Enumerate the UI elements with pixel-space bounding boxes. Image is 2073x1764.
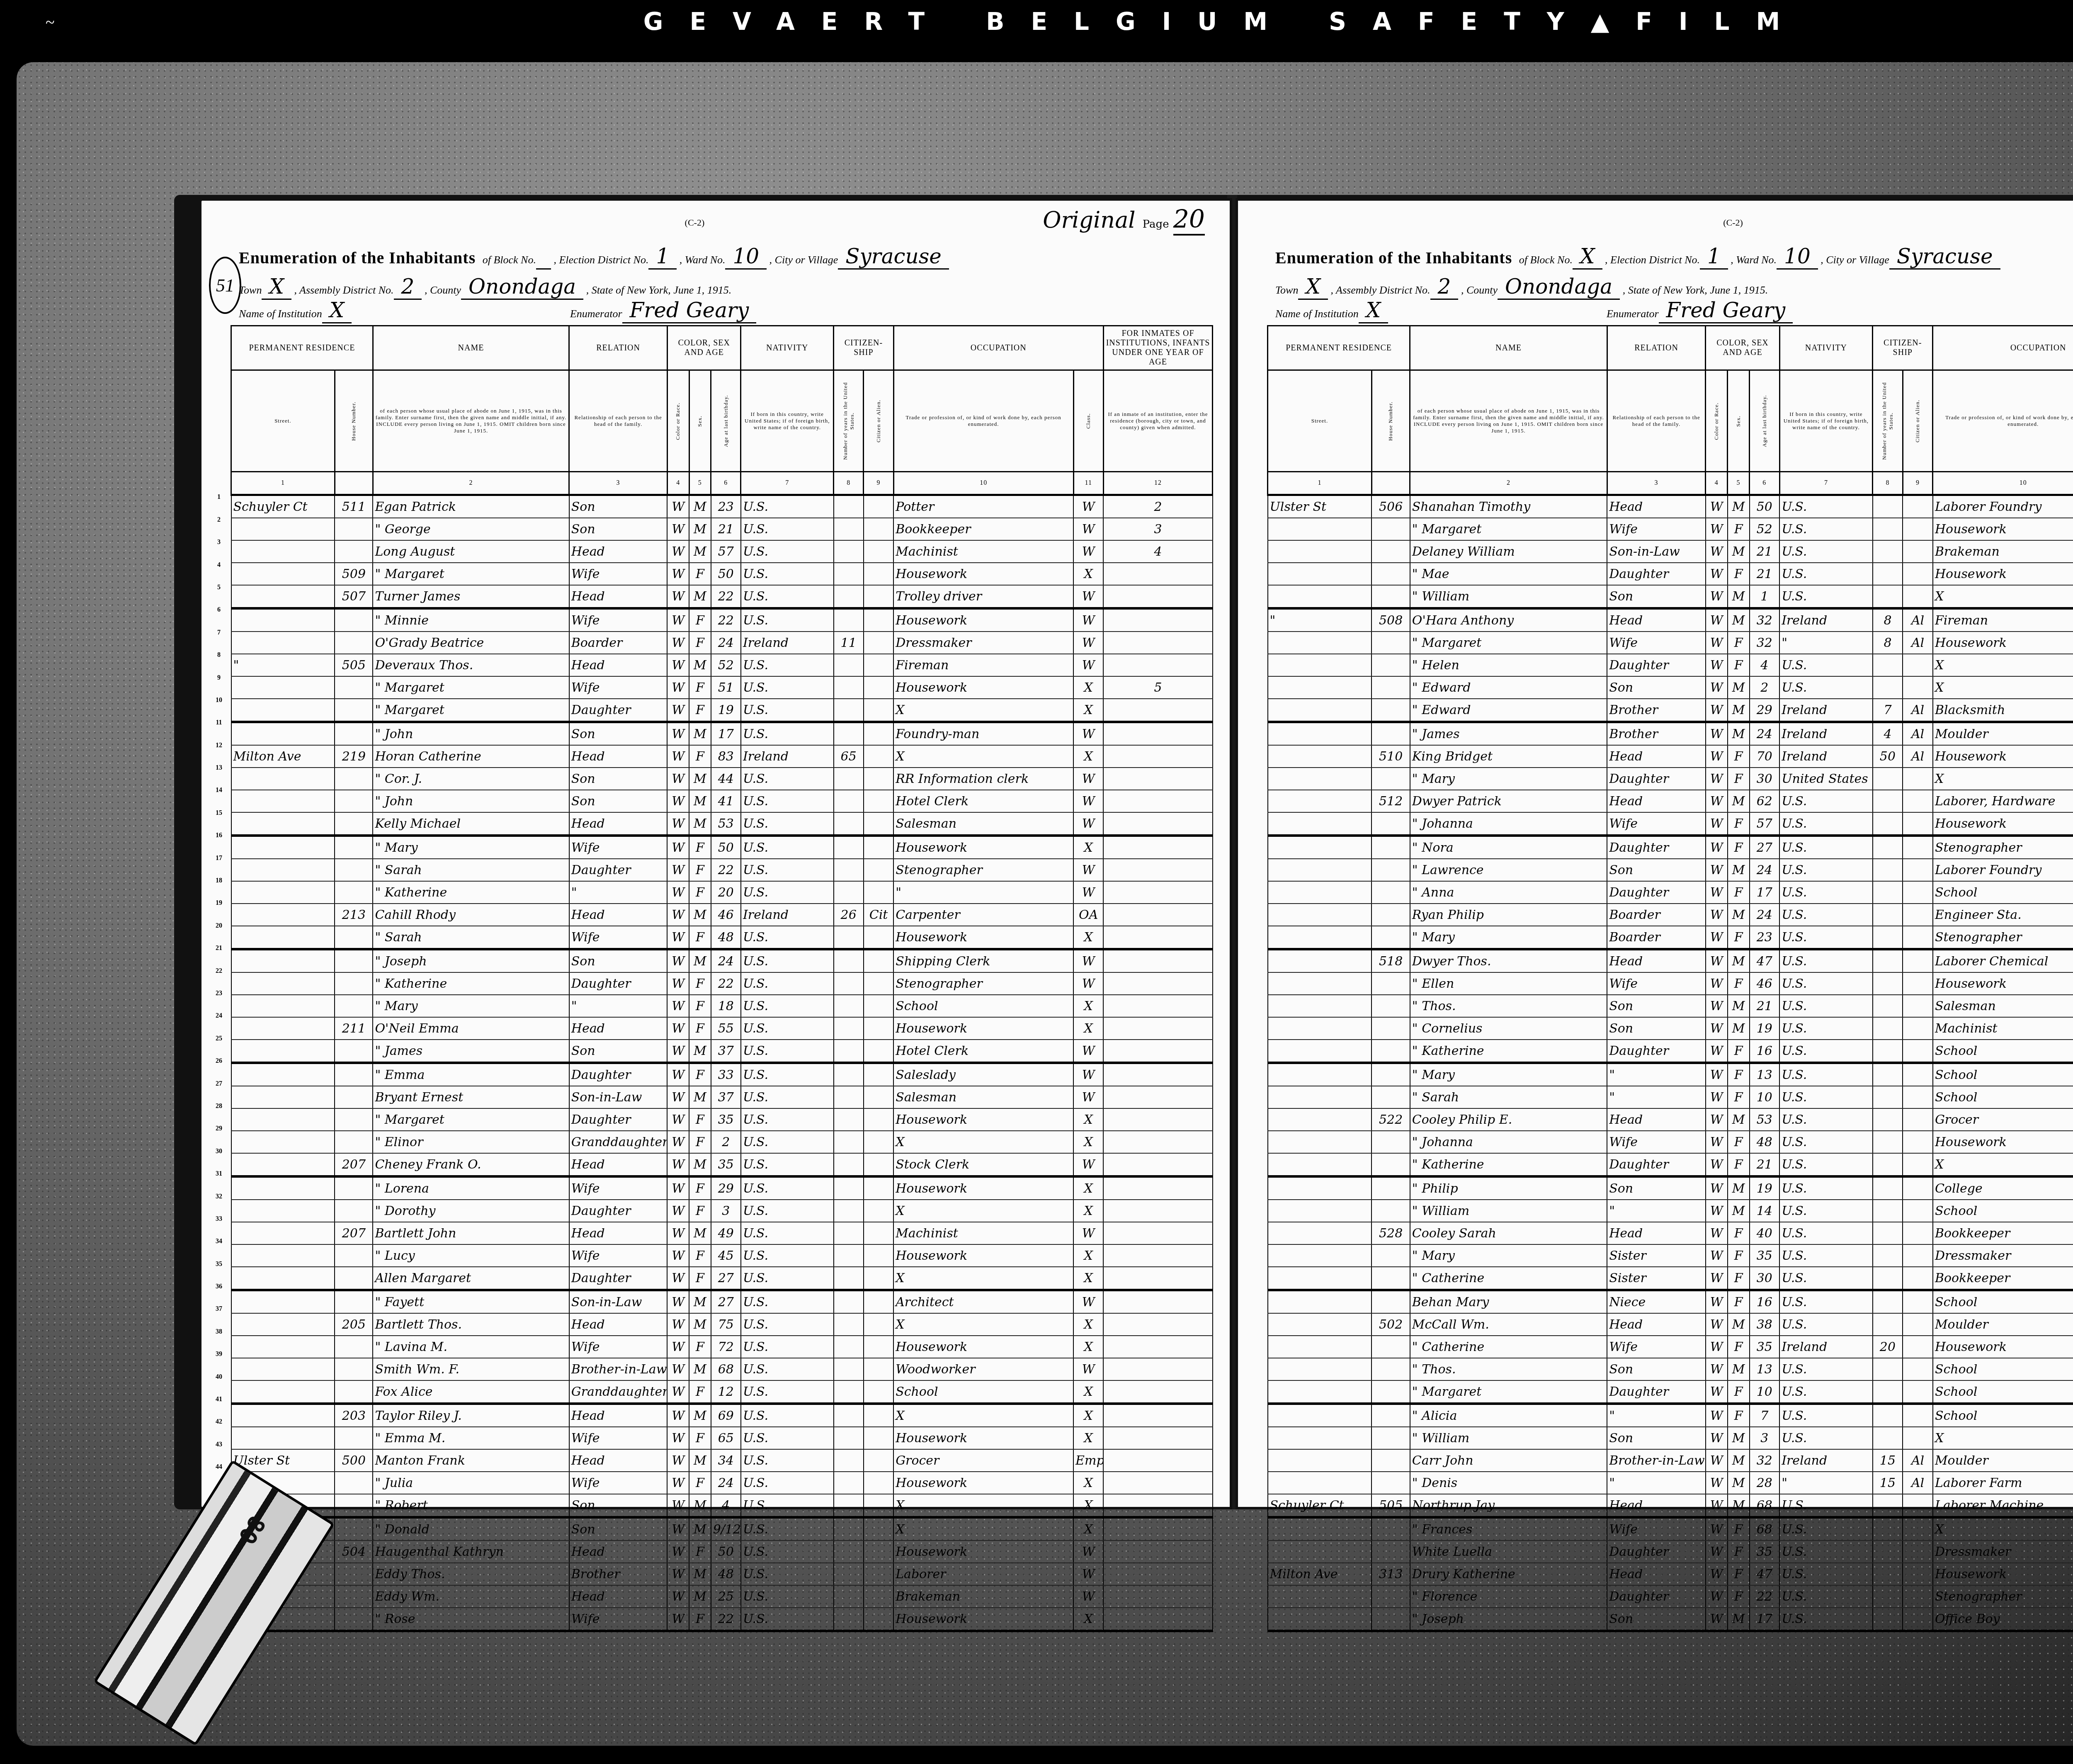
cell-class: X (1073, 1200, 1103, 1222)
cell-years (834, 1222, 864, 1244)
frame-mark: ~ (46, 12, 55, 32)
cell-relation: Head (569, 540, 668, 563)
cell-nativity: U.S. (741, 881, 834, 904)
cell-relation: Head (569, 1153, 668, 1176)
cell-color: W (1706, 1153, 1728, 1176)
census-row: Long AugustHeadWM57U.S.MachinistW4 (231, 540, 1213, 563)
cell-sex: F (689, 972, 711, 995)
census-row: Kelly MichaelHeadWM53U.S.SalesmanW (231, 812, 1213, 836)
cell-years (834, 1472, 864, 1494)
cell-sex: M (689, 768, 711, 790)
cell-sex: F (689, 859, 711, 881)
cell-years (1873, 1131, 1903, 1153)
cell-house (1371, 1585, 1410, 1608)
cell-cit (1903, 1267, 1933, 1290)
cell-color: W (667, 926, 689, 949)
cell-name: " Ellen (1410, 972, 1607, 995)
cell-years (1873, 1244, 1903, 1267)
cell-name: Bryant Ernest (373, 1086, 569, 1108)
cell-street (1268, 540, 1372, 563)
cell-nativity: U.S. (741, 1336, 834, 1358)
cell-nativity: U.S. (1779, 1040, 1872, 1063)
cell-relation: Wife (569, 1244, 668, 1267)
cell-years (834, 1200, 864, 1222)
cell-inmate (1103, 1131, 1212, 1153)
cell-cit (1903, 1540, 1933, 1563)
cell-street (1268, 654, 1372, 676)
cell-years: 26 (834, 904, 864, 926)
cell-nativity: U.S. (741, 790, 834, 812)
line-number: 32 (211, 1178, 227, 1200)
cell-name: " William (1410, 1427, 1607, 1449)
cell-relation: Brother (1607, 699, 1706, 722)
line-number: 44 (211, 1448, 227, 1471)
cell-name: Dwyer Patrick (1410, 790, 1607, 812)
cell-nativity: U.S. (741, 1131, 834, 1153)
cell-name: Cooley Sarah (1410, 1222, 1607, 1244)
cell-occupation: Housework (893, 1427, 1073, 1449)
cell-cit: Al (1903, 608, 1933, 632)
cell-inmate (1103, 1063, 1212, 1086)
cell-house (335, 1131, 373, 1153)
cell-nativity: U.S. (741, 836, 834, 859)
cell-occupation: Housework (893, 1608, 1073, 1631)
cell-age: 75 (711, 1313, 741, 1336)
cell-cit (864, 1244, 893, 1267)
cell-cit (1903, 812, 1933, 836)
cell-street (231, 1086, 335, 1108)
cell-nativity: U.S. (741, 859, 834, 881)
census-row: " JuliaWifeWF24U.S.HouseworkX (231, 1472, 1213, 1494)
cell-occupation: Housework (893, 676, 1073, 699)
cell-house (1371, 926, 1410, 949)
census-row: " DonaldSonWM9/12U.S.XX (231, 1517, 1213, 1540)
column-group-citizenship: CITIZEN-SHIP (1873, 326, 1933, 370)
line-number: 36 (211, 1268, 227, 1290)
cell-years (1873, 904, 1903, 926)
cell-name: " Donald (373, 1517, 569, 1540)
cell-relation: Son-in-Law (569, 1086, 668, 1108)
cell-years (834, 1608, 864, 1631)
line-number: 19 (211, 884, 227, 907)
cell-color: W (1706, 836, 1728, 859)
census-row: Milton Ave219Horan CatherineHeadWF83Irel… (231, 745, 1213, 768)
cell-years: 8 (1873, 632, 1903, 654)
cell-nativity: U.S. (1779, 1290, 1872, 1313)
census-row: " GeorgeSonWM21U.S.BookkeeperW3 (231, 518, 1213, 540)
cell-street (231, 1108, 335, 1131)
cell-nativity: U.S. (741, 1517, 834, 1540)
census-row: " NoraDaughterWF27U.S.StenographerW (1268, 836, 2073, 859)
cell-relation: Head (1607, 1313, 1706, 1336)
cell-relation: Wife (569, 836, 668, 859)
cell-color: W (1706, 563, 1728, 585)
cell-sex: M (689, 1313, 711, 1336)
cell-relation: Son (1607, 995, 1706, 1017)
column-desc-street: Street. (231, 370, 335, 472)
cell-occupation: Office Boy (1933, 1608, 2073, 1631)
cell-nativity: U.S. (1779, 585, 1872, 608)
cell-occupation: Moulder (1933, 1313, 2073, 1336)
cell-relation: Daughter (1607, 563, 1706, 585)
cell-relation: Wife (569, 926, 668, 949)
cell-relation: Granddaughter (569, 1380, 668, 1404)
cell-age: 51 (711, 676, 741, 699)
cell-color: W (667, 1108, 689, 1131)
cell-inmate (1103, 1427, 1212, 1449)
cell-years (834, 654, 864, 676)
cell-sex: F (689, 1336, 711, 1358)
cell-color: W (667, 540, 689, 563)
column-number: 11 (1073, 472, 1103, 495)
cell-nativity: U.S. (741, 972, 834, 995)
cell-age: 27 (711, 1290, 741, 1313)
census-row: " Katherine"WF20U.S."W (231, 881, 1213, 904)
cell-cit (864, 745, 893, 768)
cell-years (1873, 836, 1903, 859)
cell-class: X (1073, 1404, 1103, 1427)
cell-class: W (1073, 1040, 1103, 1063)
line-number: 33 (211, 1200, 227, 1223)
census-row: " JamesSonWM37U.S.Hotel ClerkW (231, 1040, 1213, 1063)
cell-age: 16 (1750, 1290, 1780, 1313)
cell-house: 211 (335, 1017, 373, 1040)
cell-class: W (1073, 812, 1103, 836)
cell-inmate (1103, 904, 1212, 926)
cell-cit (864, 1380, 893, 1404)
cell-color: W (1706, 1176, 1728, 1200)
line-number: 18 (211, 862, 227, 884)
cell-sex: F (1728, 1244, 1750, 1267)
assembly-district: 2 (394, 275, 422, 300)
cell-age: 37 (711, 1040, 741, 1063)
cell-class: X (1073, 699, 1103, 722)
cell-house (335, 926, 373, 949)
cell-occupation: School (1933, 1086, 2073, 1108)
cell-occupation: Engineer Sta. (1933, 904, 2073, 926)
column-desc-years-in-us: Number of years in the United States. (1873, 370, 1903, 472)
cell-nativity: U.S. (1779, 1540, 1872, 1563)
cell-cit (1903, 518, 1933, 540)
column-group-citizenship: CITIZEN-SHIP (834, 326, 894, 370)
cell-cit (864, 1222, 893, 1244)
cell-cit (1903, 540, 1933, 563)
cell-name: " Alicia (1410, 1404, 1607, 1427)
cell-house: 219 (335, 745, 373, 768)
census-row: " SarahDaughterWF22U.S.StenographerW (231, 859, 1213, 881)
cell-inmate (1103, 859, 1212, 881)
line-number: 17 (211, 839, 227, 862)
cell-sex: F (689, 1540, 711, 1563)
cell-color: W (1706, 1040, 1728, 1063)
cell-sex: F (1728, 518, 1750, 540)
cell-nativity: Ireland (1779, 745, 1872, 768)
cell-inmate (1103, 1086, 1212, 1108)
cell-age: 25 (711, 1585, 741, 1608)
cell-relation: Daughter (569, 1108, 668, 1131)
cell-street: Schuyler Ct (1268, 1494, 1372, 1517)
cell-age: 22 (711, 585, 741, 608)
cell-relation: Daughter (569, 859, 668, 881)
cell-nativity: U.S. (1779, 859, 1872, 881)
column-desc-relation: Relationship of each person to the head … (569, 370, 668, 472)
cell-name: " Margaret (1410, 632, 1607, 654)
cell-class: W (1073, 1222, 1103, 1244)
cell-age: 21 (1750, 540, 1780, 563)
cell-cit (1903, 654, 1933, 676)
cell-years (834, 1086, 864, 1108)
line-number: 30 (211, 1132, 227, 1155)
cell-class: X (1073, 1336, 1103, 1358)
cell-class: X (1073, 1517, 1103, 1540)
cell-nativity: U.S. (1779, 518, 1872, 540)
cell-name: " Katherine (1410, 1040, 1607, 1063)
cell-nativity: U.S. (741, 1222, 834, 1244)
cell-years (834, 995, 864, 1017)
cell-inmate (1103, 995, 1212, 1017)
cell-age: 28 (1750, 1472, 1780, 1494)
cell-relation: Son (569, 790, 668, 812)
cell-street (1268, 1449, 1372, 1472)
cell-occupation: Dressmaker (893, 632, 1073, 654)
cell-cit (864, 881, 893, 904)
cell-name: " Mary (1410, 768, 1607, 790)
cell-sex: F (689, 745, 711, 768)
cell-years (1873, 1563, 1903, 1585)
town-label: Town (239, 284, 262, 296)
cell-age: 19 (711, 699, 741, 722)
cell-age: 22 (711, 972, 741, 995)
census-row: " EdwardSonWM2U.S.XX (1268, 676, 2073, 699)
cell-cit (1903, 790, 1933, 812)
cell-years (1873, 1176, 1903, 1200)
cell-house (335, 1244, 373, 1267)
cell-nativity: U.S. (741, 1040, 834, 1063)
cell-years (1873, 881, 1903, 904)
cell-house (335, 540, 373, 563)
cell-class: X (1073, 1313, 1103, 1336)
clip-label: 80 (233, 1511, 271, 1549)
cell-house (335, 859, 373, 881)
election-district: 1 (1700, 244, 1728, 270)
cell-color: W (667, 1585, 689, 1608)
column-number: 9 (864, 472, 893, 495)
cell-sex: F (1728, 745, 1750, 768)
column-desc-name: of each person whose usual place of abod… (373, 370, 569, 472)
cell-nativity: U.S. (741, 495, 834, 518)
cell-house (335, 1086, 373, 1108)
cell-inmate (1103, 1358, 1212, 1380)
cell-nativity: U.S. (741, 540, 834, 563)
cell-nativity: U.S. (1779, 1017, 1872, 1040)
cell-class: X (1073, 1176, 1103, 1200)
cell-cit (1903, 1427, 1933, 1449)
cell-age: 32 (1750, 632, 1780, 654)
cell-house (1371, 1449, 1410, 1472)
cell-class: W (1073, 518, 1103, 540)
cell-color: W (667, 1404, 689, 1427)
cell-color: W (667, 608, 689, 632)
cell-occupation: X (893, 699, 1073, 722)
line-number: 35 (211, 1245, 227, 1268)
cell-relation: Sister (1607, 1244, 1706, 1267)
cell-color: W (667, 745, 689, 768)
census-row: O'Grady BeatriceBoarderWF24Ireland11Dres… (231, 632, 1213, 654)
cell-relation: Daughter (569, 699, 668, 722)
cell-sex: F (1728, 768, 1750, 790)
cell-years (834, 495, 864, 518)
cell-relation: Wife (1607, 1131, 1706, 1153)
cell-relation: Wife (1607, 1336, 1706, 1358)
line-number: 41 (211, 1381, 227, 1403)
cell-sex: F (689, 1427, 711, 1449)
cell-nativity: U.S. (741, 1244, 834, 1267)
cell-relation: Daughter (1607, 1540, 1706, 1563)
cell-house (1371, 654, 1410, 676)
cell-name: " Cornelius (1410, 1017, 1607, 1040)
census-row: Ulster St506Shanahan TimothyHeadWM50U.S.… (1268, 495, 2073, 518)
town-line: TownX , Assembly District No.2 , CountyO… (1275, 275, 2073, 299)
cell-street (1268, 585, 1372, 608)
cell-class: W (1073, 632, 1103, 654)
column-desc-color: Color or Race. (1706, 370, 1728, 472)
block-number (536, 244, 551, 270)
cell-house (335, 518, 373, 540)
cell-sex: F (689, 836, 711, 859)
cell-occupation: Grocer (1933, 1108, 2073, 1131)
cell-occupation: Housework (893, 563, 1073, 585)
cell-years (834, 1290, 864, 1313)
census-row: " KatherineDaughterWF16U.S.SchoolX (1268, 1040, 2073, 1063)
line-number: 23 (211, 975, 227, 997)
cell-relation: Son (569, 768, 668, 790)
cell-age: 69 (711, 1404, 741, 1427)
cell-inmate (1103, 1153, 1212, 1176)
cell-name: " Catherine (1410, 1336, 1607, 1358)
cell-relation: Daughter (1607, 768, 1706, 790)
cell-sex: F (1728, 1404, 1750, 1427)
cell-sex: F (1728, 972, 1750, 995)
cell-street: Milton Ave (1268, 1563, 1372, 1585)
census-row: " LucyWifeWF45U.S.HouseworkX (231, 1244, 1213, 1267)
cell-sex: F (1728, 1063, 1750, 1086)
cell-years: 20 (1873, 1336, 1903, 1358)
cell-class: W (1073, 1086, 1103, 1108)
cell-nativity: U.S. (741, 1449, 834, 1472)
cell-occupation: X (1933, 1153, 2073, 1176)
cell-sex: M (689, 540, 711, 563)
cell-relation: Son (1607, 859, 1706, 881)
cell-occupation: X (893, 1313, 1073, 1336)
cell-house (335, 836, 373, 859)
cell-relation: Sister (1607, 1267, 1706, 1290)
cell-occupation: Moulder (1933, 722, 2073, 745)
cell-age: 18 (711, 995, 741, 1017)
cell-years (1873, 540, 1903, 563)
cell-house (1371, 1244, 1410, 1267)
cell-relation: Wife (1607, 972, 1706, 995)
cell-class: X (1073, 1131, 1103, 1153)
cell-cit (864, 608, 893, 632)
cell-age: 29 (1750, 699, 1780, 722)
cell-class: W (1073, 972, 1103, 995)
cell-occupation: " (893, 881, 1073, 904)
cell-relation: Boarder (569, 632, 668, 654)
cell-cit (864, 1404, 893, 1427)
cell-street (1268, 859, 1372, 881)
cell-inmate (1103, 1608, 1212, 1631)
cell-class: X (1073, 836, 1103, 859)
cell-occupation: X (893, 1404, 1073, 1427)
cell-relation: Head (569, 1404, 668, 1427)
column-number: 9 (1903, 472, 1933, 495)
census-row: " JohnSonWM41U.S.Hotel ClerkW (231, 790, 1213, 812)
cell-color: W (667, 768, 689, 790)
line-number: 26 (211, 1042, 227, 1065)
county-name: Onondaga (1498, 275, 1620, 300)
cell-nativity: U.S. (1779, 1585, 1872, 1608)
cell-inmate (1103, 1108, 1212, 1131)
column-desc-citizen: Citizen or Alien. (864, 370, 893, 472)
cell-cit (1903, 1222, 1933, 1244)
cell-nativity: U.S. (1779, 1176, 1872, 1200)
cell-years (1873, 995, 1903, 1017)
cell-years (1873, 812, 1903, 836)
cell-age: 3 (711, 1200, 741, 1222)
cell-occupation: Housework (1933, 518, 2073, 540)
cell-cit (864, 1336, 893, 1358)
cell-years (1873, 1267, 1903, 1290)
cell-nativity: U.S. (1779, 836, 1872, 859)
cell-color: W (667, 836, 689, 859)
cell-years (1873, 1290, 1903, 1313)
column-group-occupation: OCCUPATION (1933, 326, 2073, 370)
line-number: 28 (211, 1088, 227, 1110)
cell-sex: M (1728, 1449, 1750, 1472)
form-title: Enumeration of the Inhabitants (1275, 248, 1512, 267)
cell-relation: Boarder (1607, 926, 1706, 949)
cell-cit (1903, 1176, 1933, 1200)
cell-sex: F (689, 926, 711, 949)
cell-sex: M (689, 904, 711, 926)
cell-occupation: Housework (893, 1472, 1073, 1494)
cell-sex: F (689, 1176, 711, 1200)
cell-class: W (1073, 495, 1103, 518)
cell-color: W (1706, 1404, 1728, 1427)
cell-age: 2 (711, 1131, 741, 1153)
cell-age: 20 (711, 881, 741, 904)
cell-sex: F (689, 608, 711, 632)
cell-name: Bartlett Thos. (373, 1313, 569, 1336)
cell-color: W (667, 790, 689, 812)
cell-years (1873, 1063, 1903, 1086)
cell-street (1268, 904, 1372, 926)
cell-name: " Margaret (373, 563, 569, 585)
cell-nativity: U.S. (1779, 1517, 1872, 1540)
cell-color: W (1706, 904, 1728, 926)
cell-sex: F (1728, 1131, 1750, 1153)
cell-street: " (231, 654, 335, 676)
cell-house (335, 699, 373, 722)
cell-relation: Head (1607, 1494, 1706, 1517)
cell-age: 19 (1750, 1017, 1780, 1040)
cell-occupation: X (893, 1267, 1073, 1290)
cell-sex: M (1728, 1017, 1750, 1040)
cell-street (231, 540, 335, 563)
cell-relation: Son (569, 949, 668, 972)
cell-inmate (1103, 632, 1212, 654)
cell-cit (864, 1517, 893, 1540)
